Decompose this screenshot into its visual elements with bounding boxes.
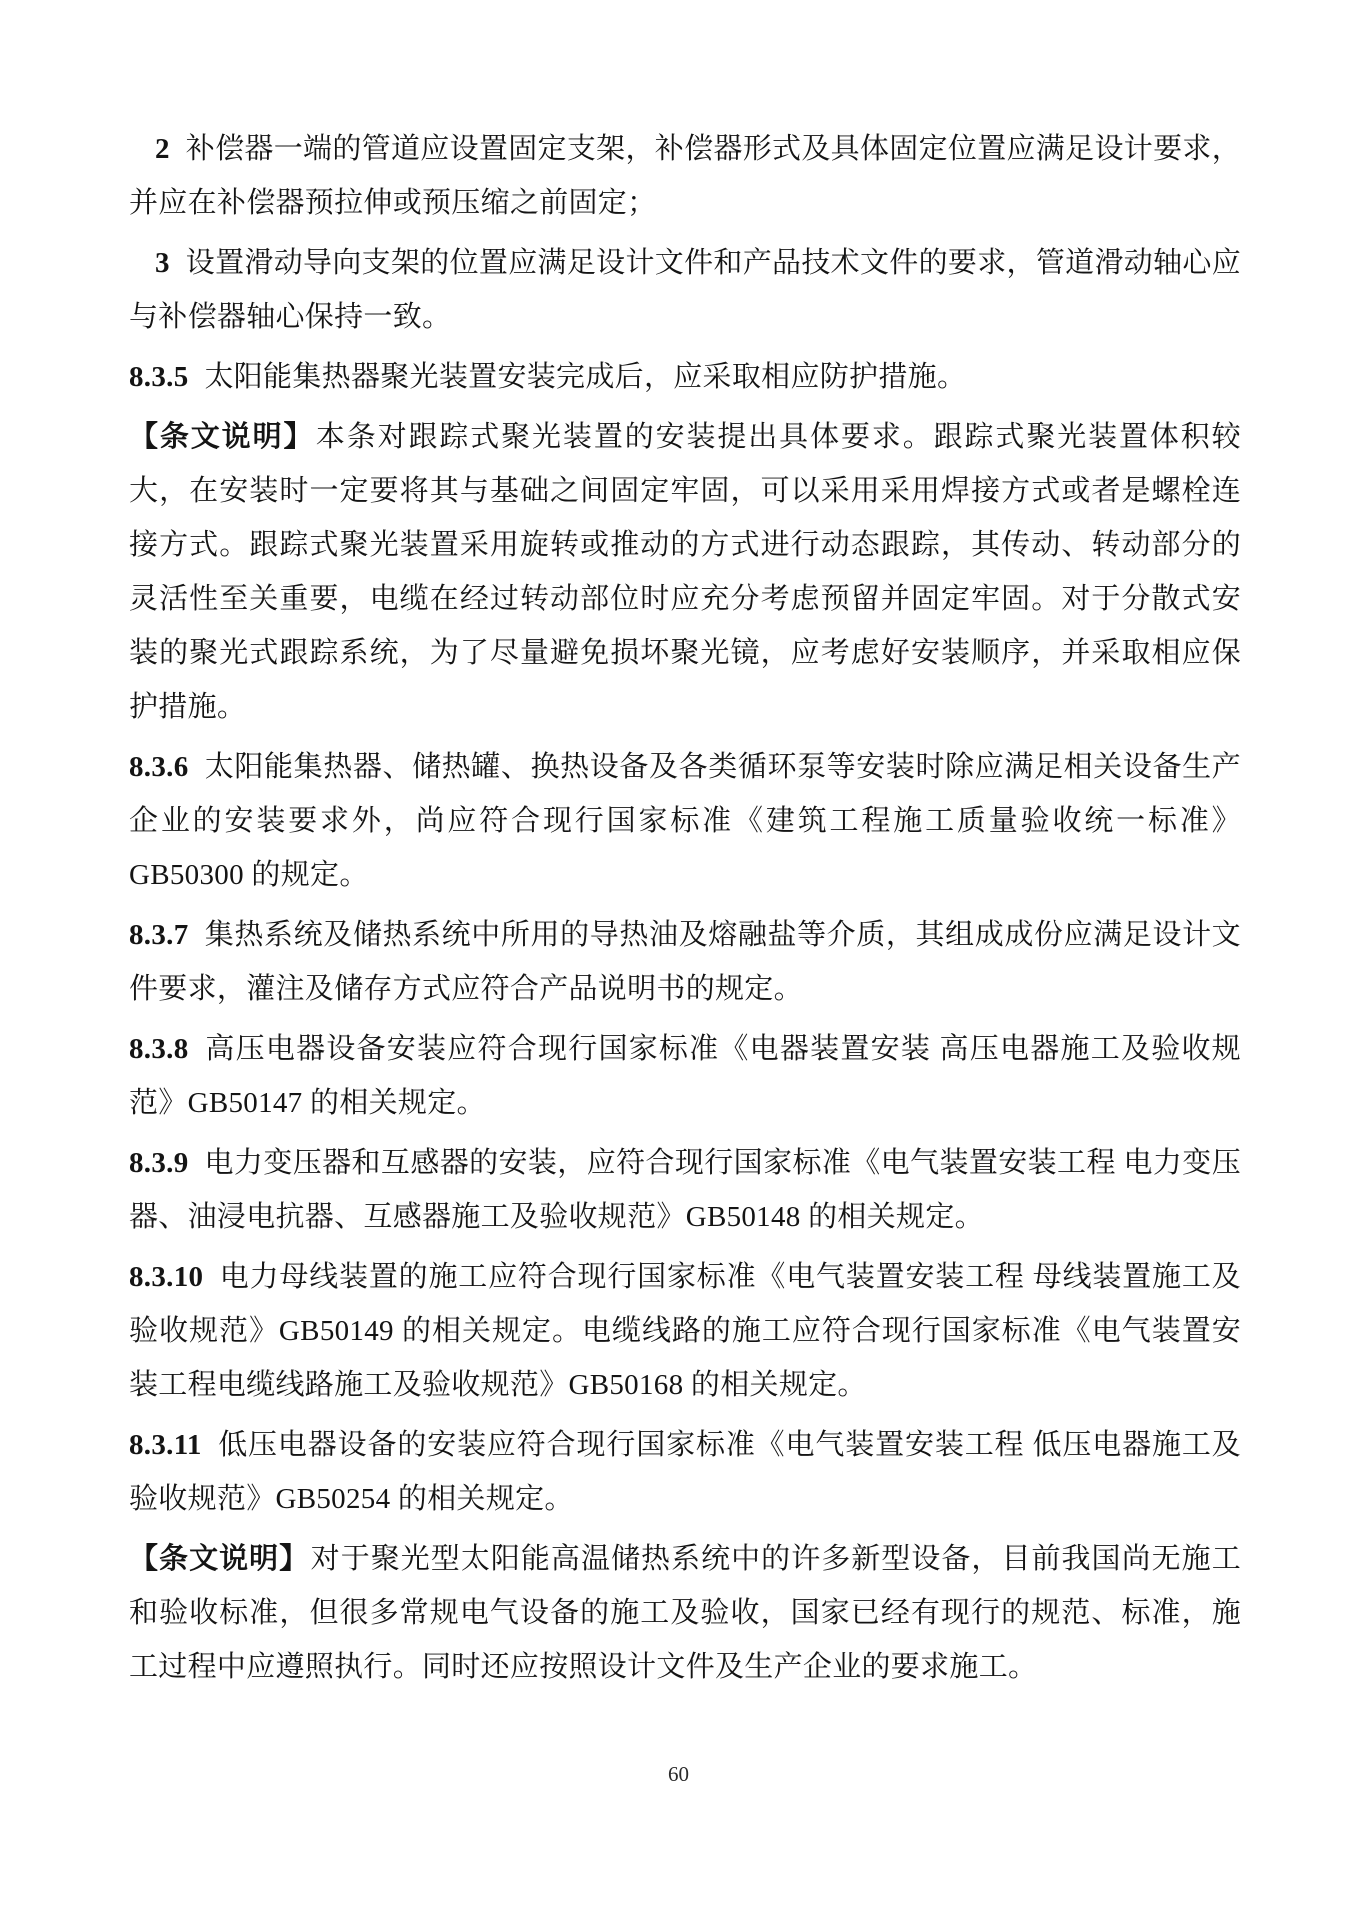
clause-text: 电力母线装置的施工应符合现行国家标准《电气装置安装工程 母线装置施工及验收规范》… <box>129 1261 1241 1401</box>
clause-number: 8.3.7 <box>129 919 189 951</box>
list-item-2: 2补偿器一端的管道应设置固定支架，补偿器形式及具体固定位置应满足设计要求，并应在… <box>129 122 1241 230</box>
clause-number: 8.3.10 <box>129 1261 203 1293</box>
list-item-number: 2 <box>155 133 170 165</box>
commentary-text: 本条对跟踪式聚光装置的安装提出具体要求。跟踪式聚光装置体积较大，在安装时一定要将… <box>129 421 1241 723</box>
page-footer: 60 <box>0 1762 1357 1787</box>
clause-8-3-9: 8.3.9电力变压器和互感器的安装，应符合现行国家标准《电气装置安装工程 电力变… <box>129 1136 1241 1244</box>
clause-number: 8.3.6 <box>129 751 189 783</box>
clause-number: 8.3.8 <box>129 1033 189 1065</box>
clause-text: 低压电器设备的安装应符合现行国家标准《电气装置安装工程 低压电器施工及验收规范》… <box>129 1429 1241 1515</box>
clause-text: 高压电器设备安装应符合现行国家标准《电器装置安装 高压电器施工及验收规范》GB5… <box>129 1033 1241 1119</box>
clause-text: 集热系统及储热系统中所用的导热油及熔融盐等介质，其组成成份应满足设计文件要求，灌… <box>129 919 1241 1005</box>
clause-8-3-5: 8.3.5太阳能集热器聚光装置安装完成后，应采取相应防护措施。 <box>129 350 1241 404</box>
list-item-number: 3 <box>155 247 170 279</box>
clause-number: 8.3.9 <box>129 1147 189 1179</box>
clause-8-3-10: 8.3.10电力母线装置的施工应符合现行国家标准《电气装置安装工程 母线装置施工… <box>129 1250 1241 1412</box>
list-item-text: 设置滑动导向支架的位置应满足设计文件和产品技术文件的要求，管道滑动轴心应与补偿器… <box>129 247 1241 333</box>
clause-text: 太阳能集热器聚光装置安装完成后，应采取相应防护措施。 <box>204 361 966 393</box>
clause-number: 8.3.5 <box>129 361 189 393</box>
clause-number: 8.3.11 <box>129 1429 202 1461</box>
document-page: 2补偿器一端的管道应设置固定支架，补偿器形式及具体固定位置应满足设计要求，并应在… <box>0 0 1357 1920</box>
clause-8-3-7: 8.3.7集热系统及储热系统中所用的导热油及熔融盐等介质，其组成成份应满足设计文… <box>129 908 1241 1016</box>
clause-text: 电力变压器和互感器的安装，应符合现行国家标准《电气装置安装工程 电力变压器、油浸… <box>129 1147 1241 1233</box>
commentary-note-2: 【条文说明】对于聚光型太阳能高温储热系统中的许多新型设备，目前我国尚无施工和验收… <box>129 1532 1241 1694</box>
commentary-label: 【条文说明】 <box>129 1543 309 1575</box>
commentary-note-1: 【条文说明】本条对跟踪式聚光装置的安装提出具体要求。跟踪式聚光装置体积较大，在安… <box>129 410 1241 734</box>
commentary-label: 【条文说明】 <box>129 421 314 453</box>
clause-8-3-11: 8.3.11低压电器设备的安装应符合现行国家标准《电气装置安装工程 低压电器施工… <box>129 1418 1241 1526</box>
clause-text: 太阳能集热器、储热罐、换热设备及各类循环泵等安装时除应满足相关设备生产企业的安装… <box>129 751 1241 891</box>
clause-8-3-6: 8.3.6太阳能集热器、储热罐、换热设备及各类循环泵等安装时除应满足相关设备生产… <box>129 740 1241 902</box>
clause-8-3-8: 8.3.8高压电器设备安装应符合现行国家标准《电器装置安装 高压电器施工及验收规… <box>129 1022 1241 1130</box>
list-item-3: 3设置滑动导向支架的位置应满足设计文件和产品技术文件的要求，管道滑动轴心应与补偿… <box>129 236 1241 344</box>
page-number: 60 <box>668 1762 689 1786</box>
document-content: 2补偿器一端的管道应设置固定支架，补偿器形式及具体固定位置应满足设计要求，并应在… <box>129 122 1241 1700</box>
list-item-text: 补偿器一端的管道应设置固定支架，补偿器形式及具体固定位置应满足设计要求，并应在补… <box>129 133 1241 219</box>
